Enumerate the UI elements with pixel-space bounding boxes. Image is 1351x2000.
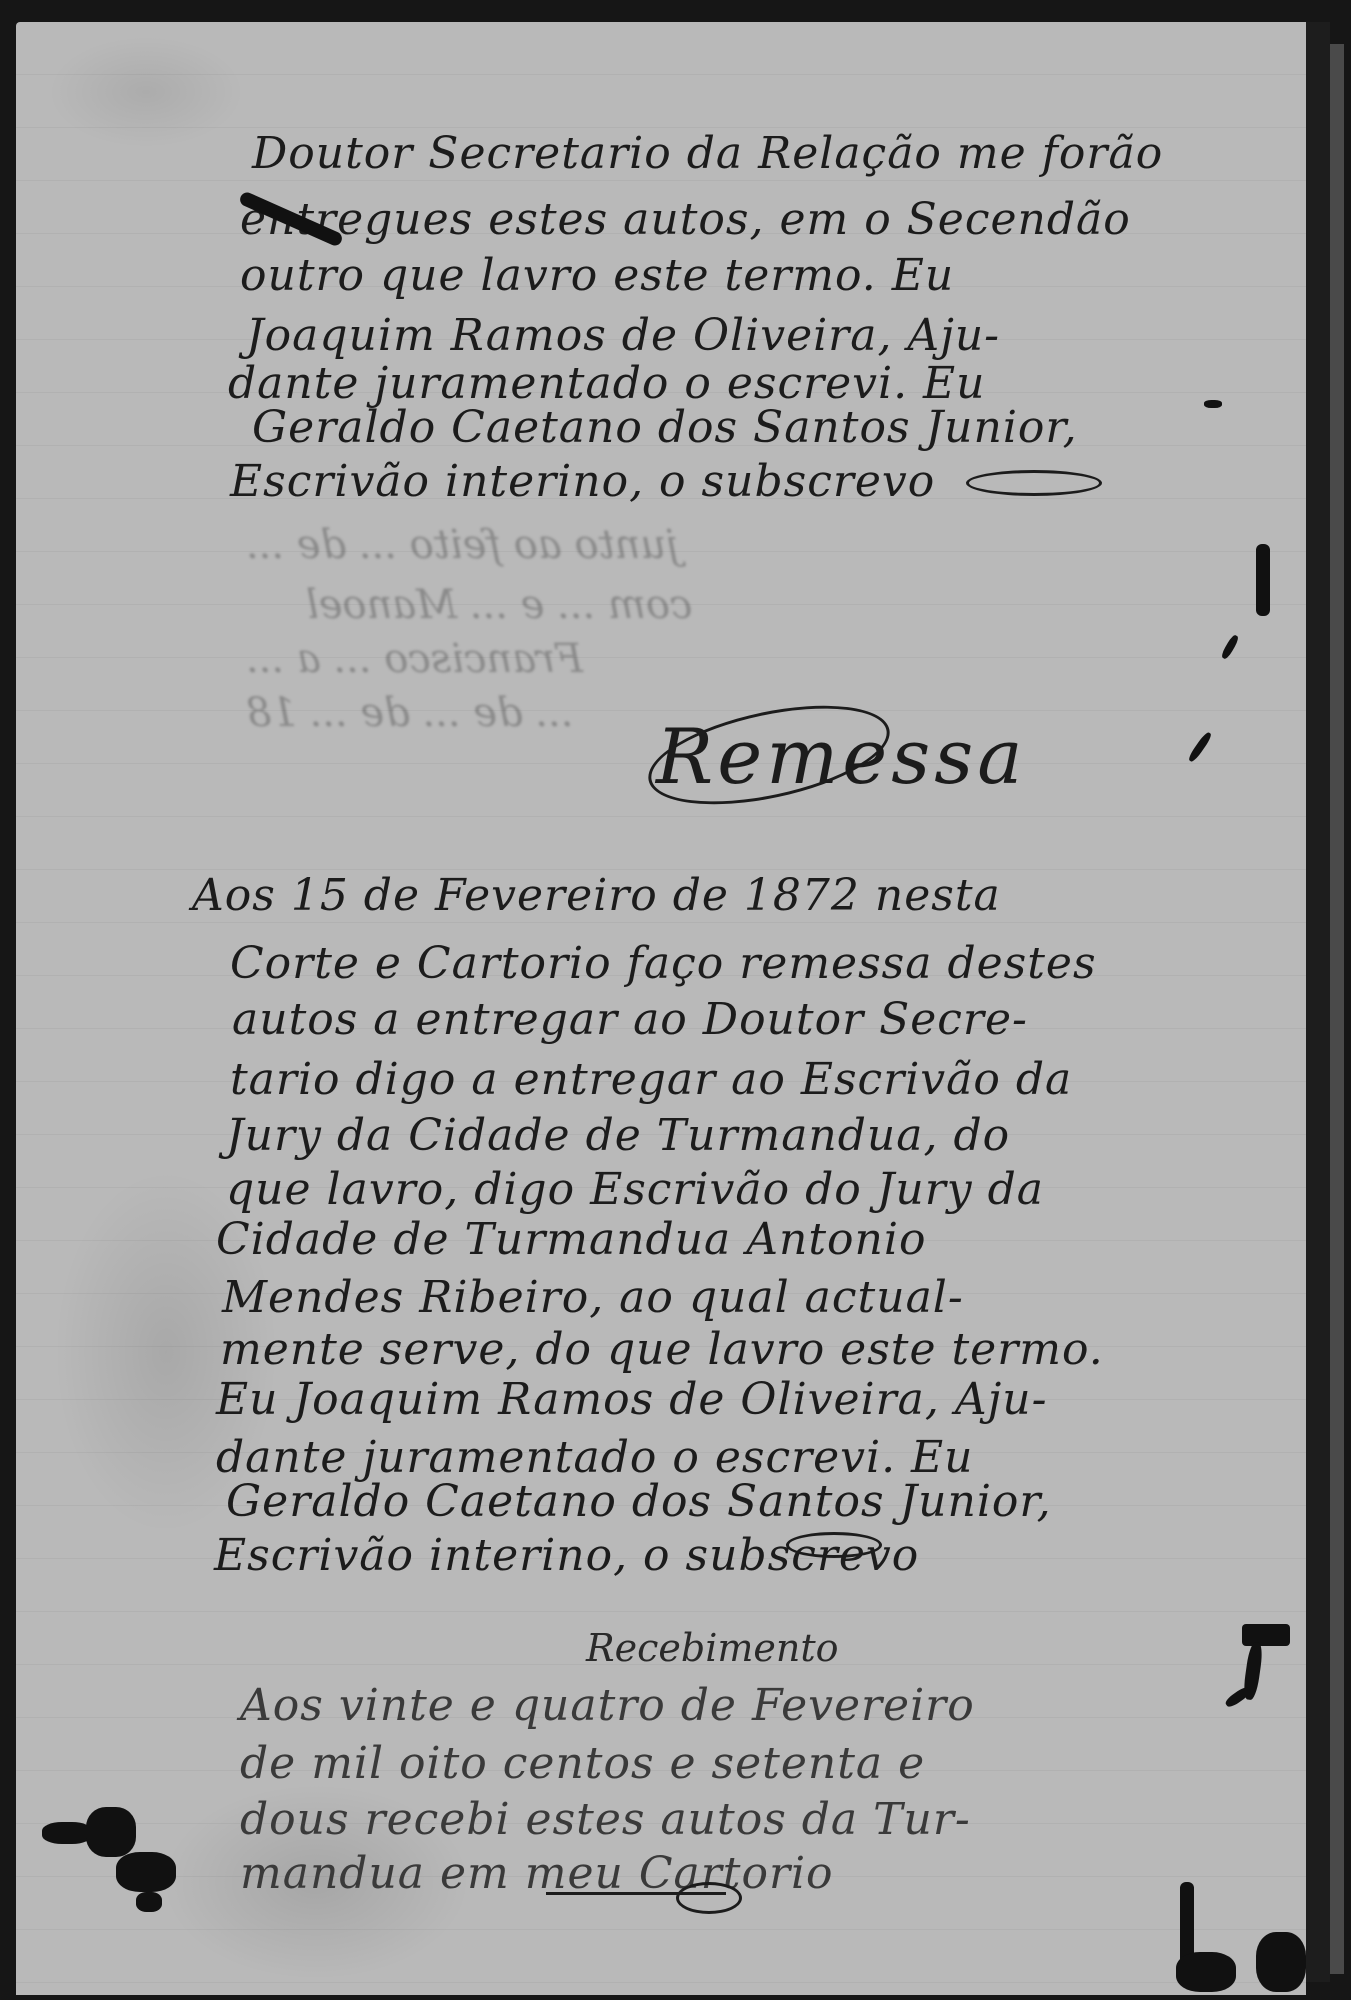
ink-blot bbox=[1204, 400, 1222, 408]
text-line: dante juramentado o escrevi. Eu bbox=[216, 1436, 974, 1480]
text-line: entregues estes autos, em o Secendão bbox=[240, 198, 1131, 242]
text-line: Mendes Ribeiro, ao qual actual- bbox=[222, 1276, 964, 1320]
text-line: outro que lavro este termo. Eu bbox=[240, 254, 954, 298]
ink-blot bbox=[42, 1822, 92, 1844]
ink-blot bbox=[136, 1892, 162, 1912]
text-line: autos a entregar ao Doutor Secre- bbox=[232, 998, 1028, 1042]
text-line: de mil oito centos e setenta e bbox=[240, 1742, 925, 1786]
text-line: mente serve, do que lavro este termo. bbox=[220, 1328, 1104, 1372]
text-line: Aos vinte e quatro de Fevereiro bbox=[240, 1684, 975, 1728]
text-line: Jury da Cidade de Turmandua, do bbox=[226, 1114, 1010, 1158]
ink-blot bbox=[1187, 731, 1213, 763]
text-line: Joaquim Ramos de Oliveira, Aju- bbox=[246, 314, 1000, 358]
text-line: Geraldo Caetano dos Santos Junior, bbox=[252, 406, 1078, 450]
bleed-through-line: com ... e ... Manoel bbox=[306, 582, 692, 628]
ink-blot bbox=[1176, 1952, 1236, 1992]
ink-blot bbox=[1256, 1932, 1306, 1992]
text-line: Doutor Secretario da Relação me forão bbox=[252, 132, 1163, 176]
text-line: dous recebi estes autos da Tur- bbox=[240, 1798, 971, 1842]
text-line: Aos 15 de Fevereiro de 1872 nesta bbox=[192, 874, 1001, 918]
text-line: dante juramentado o escrevi. Eu bbox=[228, 362, 986, 406]
closing-flourish bbox=[786, 1532, 882, 1558]
text-line: tario digo a entregar ao Escrivão da bbox=[230, 1058, 1072, 1102]
section-heading-recebimento: Recebimento bbox=[586, 1626, 839, 1670]
page-edge-shadow bbox=[1306, 22, 1330, 1982]
ink-blot bbox=[1256, 544, 1270, 616]
closing-flourish bbox=[966, 470, 1102, 496]
bleed-through-line: ... de ... de ... 18 bbox=[246, 690, 573, 736]
ink-blot bbox=[1242, 1624, 1290, 1646]
text-line: Geraldo Caetano dos Santos Junior, bbox=[226, 1480, 1052, 1524]
heading-flourish bbox=[640, 687, 899, 822]
ink-blot bbox=[116, 1852, 176, 1892]
text-line: Corte e Cartorio faço remessa destes bbox=[230, 942, 1097, 986]
bleed-through-line: Francisco ... a ... bbox=[246, 636, 583, 682]
manuscript-page: Doutor Secretario da Relação me forão en… bbox=[16, 22, 1306, 1995]
signature-flourish bbox=[676, 1882, 742, 1914]
ink-blot bbox=[86, 1807, 136, 1857]
text-line: Cidade de Turmandua Antonio bbox=[216, 1218, 926, 1262]
text-line: que lavro, digo Escrivão do Jury da bbox=[226, 1168, 1044, 1212]
text-line: mandua em meu Cartorio bbox=[240, 1852, 834, 1896]
text-line: Eu Joaquim Ramos de Oliveira, Aju- bbox=[216, 1378, 1047, 1422]
text-line: Escrivão interino, o subscrevo bbox=[230, 460, 935, 504]
ink-blot bbox=[1220, 634, 1240, 661]
bleed-through-line: junto ao feito ... de ... bbox=[246, 522, 679, 568]
adjacent-page-edge bbox=[1330, 44, 1344, 1974]
